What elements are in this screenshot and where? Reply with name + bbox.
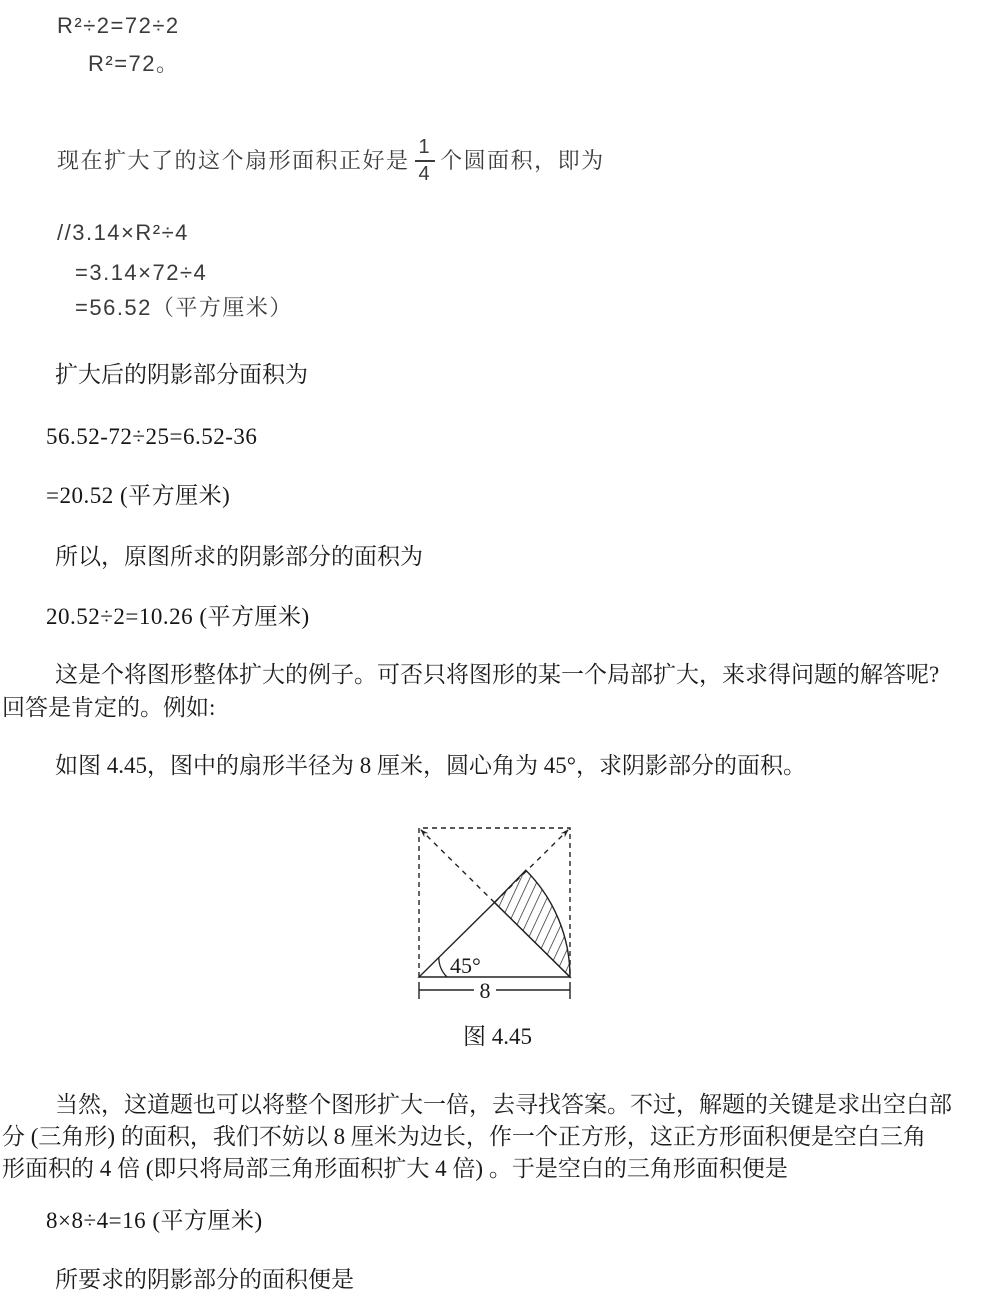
paragraph-conclusion-line2: 分 (三角形) 的面积，我们不妨以 8 厘米为边长，作一个正方形，这正方形面积便… (2, 1122, 926, 1152)
sentence-quarter-circle: 现在扩大了的这个扇形面积正好是14个圆面积，即为 (57, 126, 605, 196)
fraction-one-quarter: 14 (415, 136, 436, 186)
figure-caption: 图 4.45 (400, 1018, 595, 1051)
dashed-diagonal-left-arrow (421, 830, 495, 903)
angle-label: 45° (450, 953, 481, 978)
paragraph-final-intro: 所要求的阴影部分的面积便是 (55, 1265, 354, 1295)
base-length-label: 8 (480, 978, 491, 1003)
fraction-numerator: 1 (415, 136, 436, 162)
paragraph-conclusion-line3: 形面积的 4 倍 (即只将局部三角形面积扩大 4 倍) 。于是空白的三角形面积便… (2, 1154, 788, 1184)
paragraph-shaded-area-intro: 扩大后的阴影部分面积为 (55, 360, 308, 390)
equation-r2-divide: R²÷2=72÷2 (57, 12, 180, 41)
paragraph-expand-line1: 这是个将图形整体扩大的例子。可否只将图形的某一个局部扩大，来求得问题的解答呢? (55, 660, 939, 690)
equation-square-area: 8×8÷4=16 (平方厘米) (46, 1206, 263, 1236)
document-page: R²÷2=72÷2 R²=72。 现在扩大了的这个扇形面积正好是14个圆面积，即… (0, 0, 986, 1302)
sentence-after-fraction: 个圆面积，即为 (440, 147, 605, 176)
paragraph-conclusion-line1: 当然，这道题也可以将整个图形扩大一倍，去寻找答案。不过，解题的关键是求出空白部 (55, 1090, 952, 1120)
paragraph-original-area-intro: 所以，原图所求的阴影部分的面积为 (55, 542, 423, 572)
sentence-before-fraction: 现在扩大了的这个扇形面积正好是 (57, 147, 410, 176)
equation-subtraction: 56.52-72÷25=6.52-36 (46, 422, 257, 452)
figure-445-diagram: 45° 8 (400, 815, 600, 1015)
fraction-denominator: 4 (419, 162, 432, 186)
paragraph-expand-line2: 回答是肯定的。例如: (2, 693, 215, 723)
equation-sector-step: =3.14×72÷4 (75, 259, 207, 288)
equation-subtraction-result: =20.52 (平方厘米) (46, 481, 230, 511)
equation-sector-formula: //3.14×R²÷4 (57, 219, 189, 248)
equation-sector-result: =56.52（平方厘米） (75, 294, 293, 323)
equation-r2-result: R²=72。 (88, 50, 180, 79)
paragraph-example-445: 如图 4.45，图中的扇形半径为 8 厘米，圆心角为 45°，求阴影部分的面积。 (55, 751, 806, 781)
equation-final-half: 20.52÷2=10.26 (平方厘米) (46, 602, 310, 632)
